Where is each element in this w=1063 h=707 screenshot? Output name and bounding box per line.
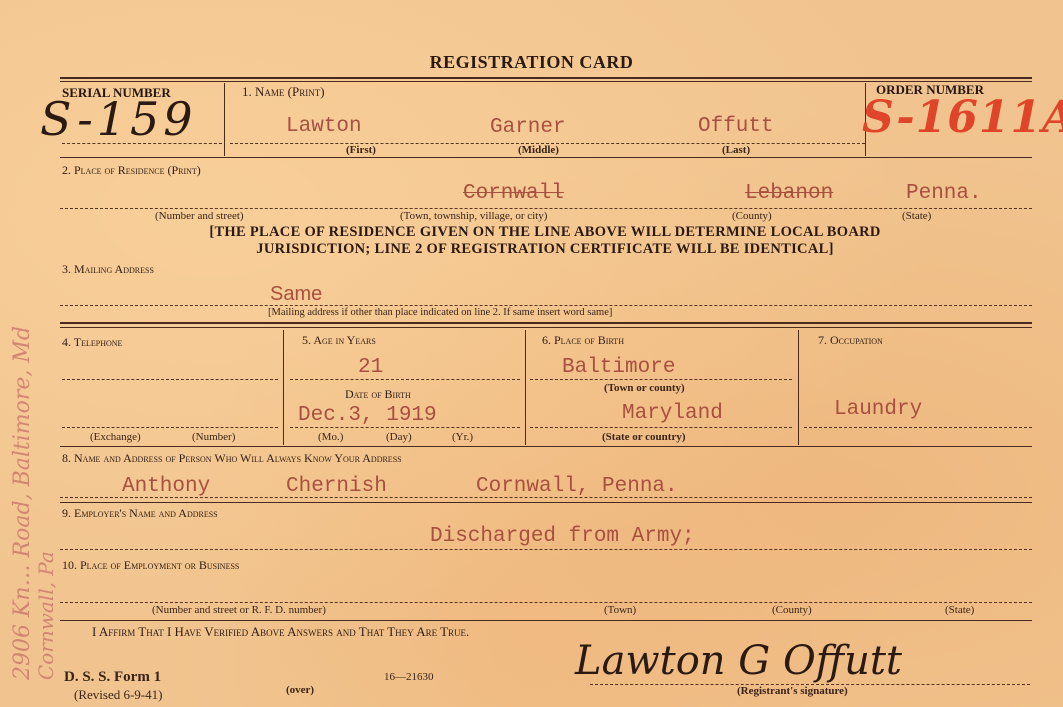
residence-notice-line1: [THE PLACE OF RESIDENCE GIVEN ON THE LIN… xyxy=(60,224,1030,241)
residence-street-caption: (Number and street) xyxy=(155,210,244,222)
birthplace-town-caption: (Town or county) xyxy=(604,382,685,394)
telephone-line2 xyxy=(62,427,278,428)
row3-bottom-rule xyxy=(60,322,1032,324)
residence-county: Lebanon xyxy=(745,182,833,205)
age-label: 5. Age in Years xyxy=(302,333,376,348)
name-first: Lawton xyxy=(286,115,362,138)
dob-label: Date of Birth xyxy=(345,387,411,402)
mailing-address-value: Same xyxy=(270,283,322,306)
dob-year-caption: (Yr.) xyxy=(452,431,473,443)
residence-town-caption: (Town, township, village, or city) xyxy=(400,210,547,222)
employment-state-caption: (State) xyxy=(945,604,974,616)
serial-divider xyxy=(224,83,225,156)
dob-month-caption: (Mo.) xyxy=(318,431,343,443)
residence-county-caption: (County) xyxy=(732,210,772,222)
form-revised: (Revised 6-9-41) xyxy=(74,687,162,703)
margin-note-line2: Cornwall, Pa xyxy=(34,551,58,680)
order-number-value: S-1611A xyxy=(862,92,1063,143)
place-of-employment-label: 10. Place of Employment or Business xyxy=(62,558,239,573)
mailing-line xyxy=(60,305,1032,306)
residence-state: Penna. xyxy=(906,182,982,205)
mailing-address-label: 3. Mailing Address xyxy=(62,262,154,277)
print-code: 16—21630 xyxy=(384,671,434,683)
card-title: REGISTRATION CARD xyxy=(0,52,1063,73)
row3-bottom-rule-thin xyxy=(60,327,1032,328)
birth-occupation-divider xyxy=(798,330,799,445)
occupation-value: Laundry xyxy=(834,398,922,421)
row10-bottom-rule xyxy=(60,620,1032,621)
serial-line xyxy=(62,143,222,144)
contact-person-line xyxy=(60,497,1032,498)
name-middle: Garner xyxy=(490,116,566,139)
age-birth-divider xyxy=(525,330,526,445)
residence-state-caption: (State) xyxy=(902,210,931,222)
contact-person-last: Chernish xyxy=(286,475,387,498)
top-rule xyxy=(60,77,1032,79)
dob-line xyxy=(290,427,520,428)
affirmation-text: I Affirm That I Have Verified Above Answ… xyxy=(92,624,469,640)
residence-label: 2. Place of Residence (Print) xyxy=(62,163,201,178)
residence-town: Cornwall xyxy=(463,182,564,205)
occupation-label: 7. Occupation xyxy=(818,333,883,348)
row4-bottom-rule xyxy=(60,446,1032,447)
telephone-line1 xyxy=(62,379,278,380)
employment-town-caption: (Town) xyxy=(604,604,636,616)
age-line xyxy=(290,379,520,380)
employer-label: 9. Employer's Name and Address xyxy=(62,506,218,521)
mailing-caption: [Mailing address if other than place ind… xyxy=(268,307,612,318)
contact-person-first: Anthony xyxy=(122,475,210,498)
form-number: D. S. S. Form 1 xyxy=(64,669,161,686)
registrant-signature: Lawton G Offutt xyxy=(575,638,902,684)
employer-value: Discharged from Army; xyxy=(430,525,695,548)
name-last-caption: (Last) xyxy=(722,144,750,156)
telephone-label: 4. Telephone xyxy=(62,335,122,350)
birthplace-state-caption: (State or country) xyxy=(602,431,686,443)
name-label: 1. Name (Print) xyxy=(242,84,325,100)
birthplace-state: Maryland xyxy=(622,402,723,425)
dob-value: Dec.3, 1919 xyxy=(298,404,437,427)
name-first-caption: (First) xyxy=(346,144,376,156)
row1-bottom-rule xyxy=(60,157,1032,158)
margin-note-line1: 2906 Kn… Road, Baltimore, Md xyxy=(10,326,35,680)
birthplace-town-line xyxy=(530,379,792,380)
row8-bottom-rule xyxy=(60,502,1032,503)
residence-notice-line2: JURISDICTION; LINE 2 OF REGISTRATION CER… xyxy=(60,241,1030,258)
birthplace-state-line xyxy=(530,427,792,428)
name-last: Offutt xyxy=(698,115,774,138)
contact-person-address: Cornwall, Penna. xyxy=(476,475,678,498)
residence-line xyxy=(60,208,1032,209)
age-value: 21 xyxy=(358,356,383,379)
name-middle-caption: (Middle) xyxy=(518,144,559,156)
employment-street-caption: (Number and street or R. F. D. number) xyxy=(152,604,326,616)
contact-person-label: 8. Name and Address of Person Who Will A… xyxy=(62,451,402,466)
signature-caption: (Registrant's signature) xyxy=(737,685,848,697)
place-of-employment-line xyxy=(60,602,1032,603)
over-note: (over) xyxy=(286,684,314,696)
employer-line xyxy=(60,549,1032,550)
dob-day-caption: (Day) xyxy=(386,431,412,443)
birthplace-town: Baltimore xyxy=(562,356,675,379)
telephone-number-caption: (Number) xyxy=(192,431,235,443)
serial-number-value: S-159 xyxy=(40,92,197,146)
birthplace-label: 6. Place of Birth xyxy=(542,333,624,348)
occupation-line xyxy=(804,427,1032,428)
telephone-exchange-caption: (Exchange) xyxy=(90,431,141,443)
tel-age-divider xyxy=(283,330,284,445)
employment-county-caption: (County) xyxy=(772,604,812,616)
